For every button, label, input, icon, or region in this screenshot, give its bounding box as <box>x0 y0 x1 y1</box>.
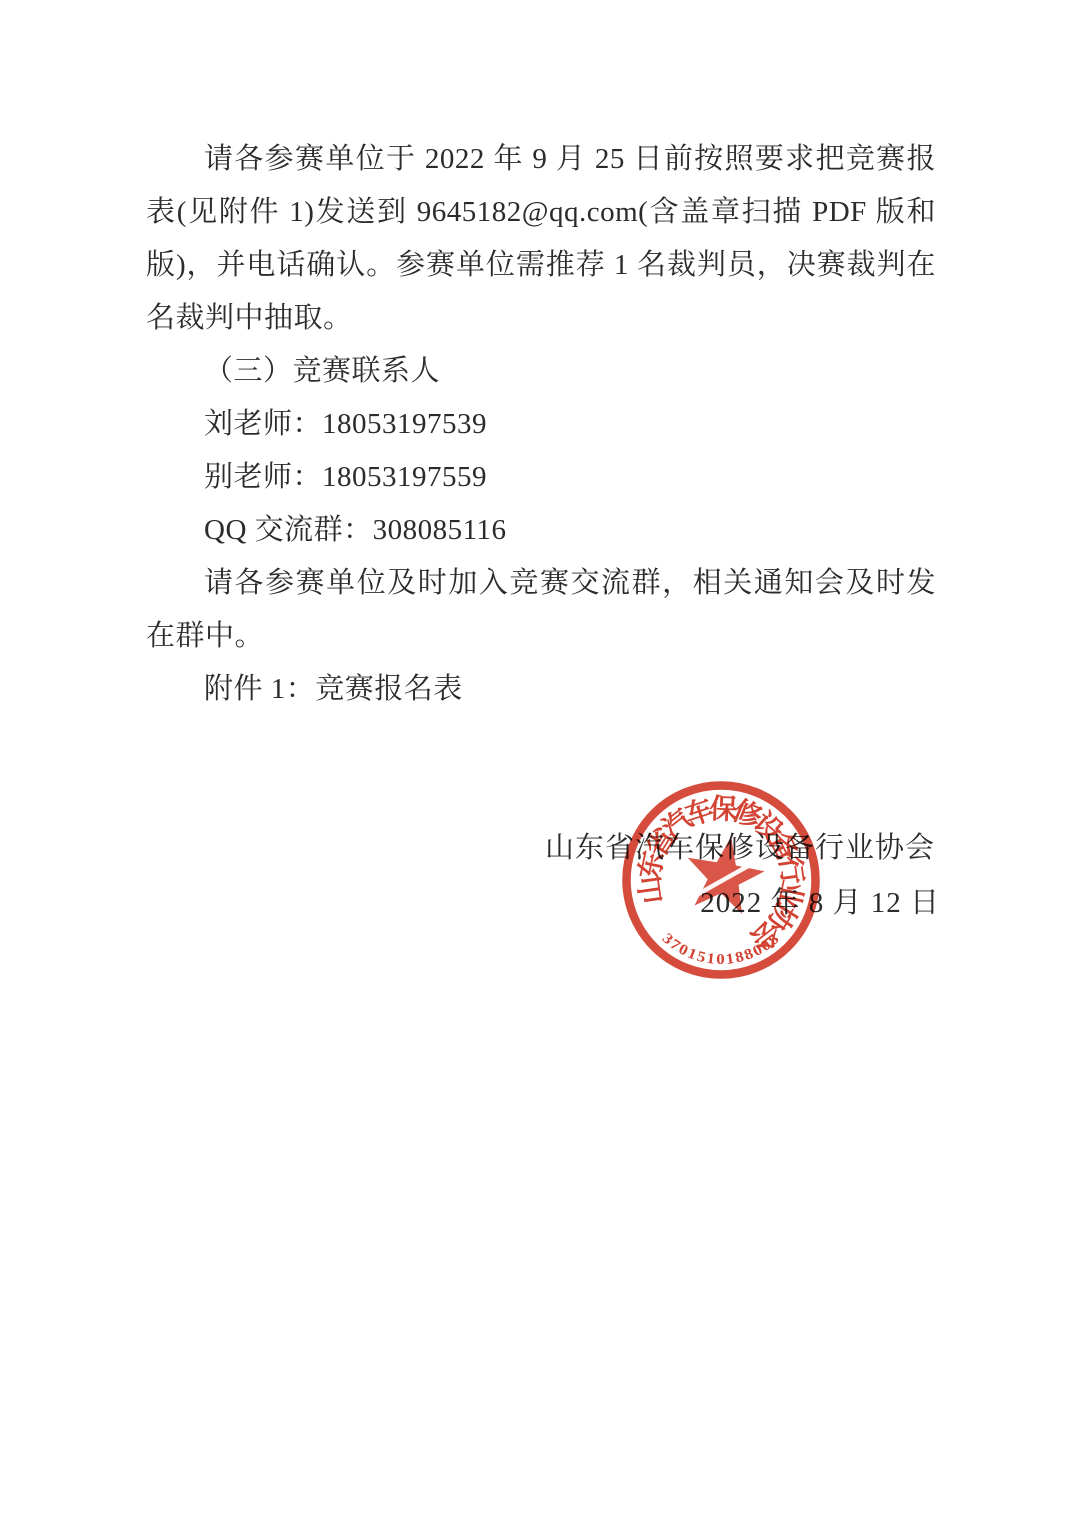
contact-line: 刘老师：18053197539 <box>146 398 936 451</box>
document-page: 请各参赛单位于 2022 年 9 月 25 日前按照要求把竞赛报名 表(见附件 … <box>0 0 1080 1527</box>
section-heading: （三）竞赛联系人 <box>146 345 936 398</box>
body-line: 在群中。 <box>146 610 936 663</box>
official-seal-stamp: 山东省汽车保修设备行业协会 3701510188008 <box>611 770 831 990</box>
contact-line: 别老师：18053197559 <box>146 451 936 504</box>
body-line: 请各参赛单位及时加入竞赛交流群，相关通知会及时发布 <box>146 557 936 610</box>
star-icon <box>688 837 765 914</box>
qq-group-line: QQ 交流群：308085116 <box>146 504 936 557</box>
body-line: 名裁判中抽取。 <box>146 292 936 345</box>
notice-body: 请各参赛单位于 2022 年 9 月 25 日前按照要求把竞赛报名 表(见附件 … <box>146 133 936 716</box>
body-line: 版)，并电话确认。参赛单位需推荐 1 名裁判员，决赛裁判在报 <box>146 239 936 292</box>
body-line: 表(见附件 1)发送到 9645182@qq.com(含盖章扫描 PDF 版和 … <box>146 186 936 239</box>
body-line: 请各参赛单位于 2022 年 9 月 25 日前按照要求把竞赛报名 <box>146 133 936 186</box>
attachment-line: 附件 1：竞赛报名表 <box>146 663 936 716</box>
